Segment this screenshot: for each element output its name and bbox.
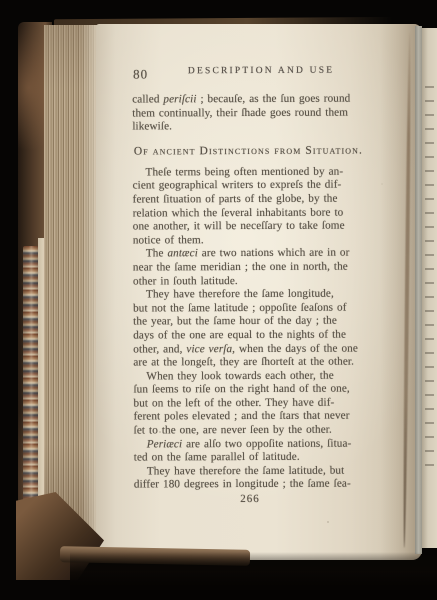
page-number: 80 [133,66,148,82]
footer-number: 266 [134,493,366,506]
paragraph: called periſcii ; becauſe, as the ſun go… [132,92,364,134]
paragraph: When they look towards each other, theſu… [133,369,365,438]
bottom-shadow [70,552,437,600]
printed-text-block: 80 DESCRIPTION AND USE called periſcii ;… [132,65,366,505]
book-photo: 80 DESCRIPTION AND USE called periſcii ;… [0,0,437,600]
text-line: Periæci are alſo two oppoſite nations, ſ… [134,437,366,452]
text-line: them continually, their ſhade goes round… [132,106,364,121]
text-line: differ 180 degrees in longitude ; the ſa… [134,478,366,493]
text-line: are at the longeſt, they are ſhorteſt at… [133,356,365,371]
section-heading: Of ancient Distinctions from Situation. [132,144,364,157]
text-line: the year, but the ſame hour of the day ;… [133,315,365,330]
text-line: one another, it will be neceſſary to tak… [133,220,365,235]
page-header: 80 DESCRIPTION AND USE [132,65,364,82]
text-line: called periſcii ; becauſe, as the ſun go… [132,92,364,107]
gutter-strip [415,26,422,554]
text-line: They have therefore the ſame latitude, b… [134,464,366,479]
marbled-paper-edge [23,246,39,536]
main-paragraphs: Theſe terms being often mentioned by an-… [132,165,365,492]
paragraph: They have therefore the ſame longitude,b… [133,288,365,371]
text-line: ſun ſeems to riſe on the right hand of t… [133,383,365,398]
facing-page-text-fragments [425,86,434,470]
text-line: but not the ſame latitude ; oppoſite ſea… [133,301,365,316]
opening-paragraphs: called periſcii ; becauſe, as the ſun go… [132,92,364,134]
text-line: ſet to the one, are never ſeen by the ot… [134,424,366,439]
page-fore-edge [44,25,100,562]
text-line: ted on the ſame parallel of latitude. [134,451,366,466]
text-line: cient geographical writers to expreſs th… [133,179,365,194]
text-line: ferent ſituation of parts of the globe, … [133,192,365,207]
text-line: They have therefore the ſame longitude, [133,288,365,303]
text-line: days of the one are equal to the nights … [133,328,365,343]
text-line: relation which the ſeveral inhabitants b… [133,206,365,221]
paragraph: They have therefore the ſame latitude, b… [134,464,366,492]
text-line: likewiſe. [132,120,364,135]
text-line: notice of them. [133,233,365,248]
text-line: Theſe terms being often mentioned by an- [132,165,364,180]
text-line: When they look towards each other, the [133,369,365,384]
paragraph: The antæci are two nations which are in … [133,247,365,289]
paragraph: Theſe terms being often mentioned by an-… [132,165,364,248]
text-line: The antæci are two nations which are in … [133,247,365,262]
text-line: near the ſame meridian ; the one in nort… [133,260,365,275]
running-title: DESCRIPTION AND USE [132,65,364,76]
paragraph: Periæci are alſo two oppoſite nations, ſ… [134,437,366,465]
text-line: but on the left of the other. They have … [133,396,365,411]
text-line: other in ſouth latitude. [133,274,365,289]
text-line: ferent poles elevated ; and the ſtars th… [134,410,366,425]
text-line: other, and, vice verſa, when the days of… [133,342,365,357]
